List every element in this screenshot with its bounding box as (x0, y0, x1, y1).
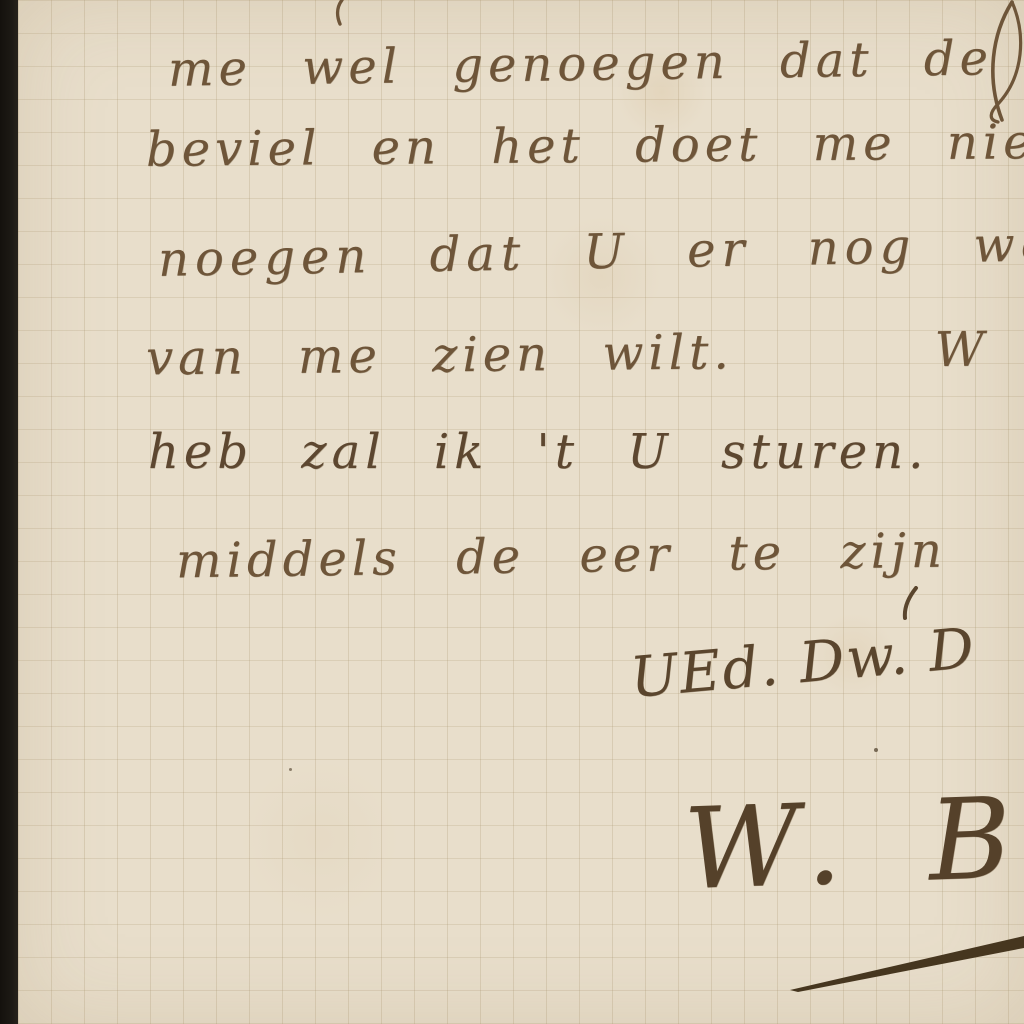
handwriting-line-4: van me zien wilt. W (146, 326, 989, 383)
handwriting-line-1: me wel genoegen dat de (168, 34, 994, 94)
handwriting-line-5: heb zal ik 't U sturen. (148, 428, 928, 476)
letter-paper: me wel genoegen dat de beviel en het doe… (18, 0, 1024, 1024)
letter-photograph: me wel genoegen dat de beviel en het doe… (0, 0, 1024, 1024)
ink-speck-icon (289, 768, 292, 771)
closing-apex-stroke-icon (896, 586, 922, 620)
signature: W. B (682, 782, 1024, 906)
handwriting-line-3: noegen dat U er nog we (158, 220, 1024, 284)
ink-speck-icon (874, 748, 878, 752)
cut-off-ascender-stroke-icon (326, 0, 356, 26)
handwriting-line-6: middels de eer te zijn (176, 527, 947, 586)
closing-salutation: UEd. Dw. D (628, 621, 978, 707)
handwriting-line-2: beviel en het doet me nie (146, 118, 1024, 174)
signature-flourish-icon (788, 928, 1024, 998)
